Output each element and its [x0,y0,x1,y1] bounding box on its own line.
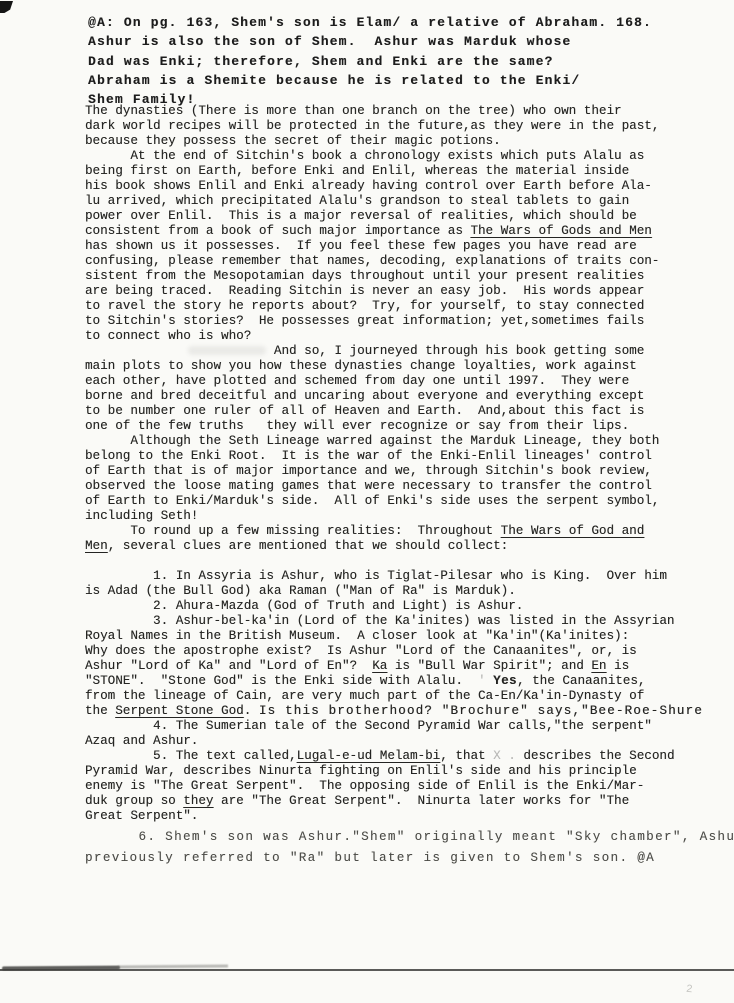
text-segment: belong to the Enki Root. It is the war o… [85,449,652,463]
text-segment: Although the Seth Lineage warred against… [85,434,659,448]
underlined-text: Serpent Stone God [115,704,243,718]
text-segment: 1. In Assyria is Ashur, who is Tiglat-Pi… [85,569,667,583]
text-line: from the lineage of Cain, are very much … [85,689,734,704]
text-line: his book shows Enlil and Enki already ha… [85,179,734,194]
text-line: the Serpent Stone God. Is this brotherho… [85,704,734,719]
underlined-text: En [591,659,606,673]
text-segment: are "The Great Serpent". Ninurta later w… [213,794,629,808]
text-segment: Azaq and Ashur. [85,734,198,748]
scan-corner-mark [0,1,13,13]
body-text: The dynasties (There is more than one br… [85,104,734,866]
text-line: being first on Earth, before Enki and En… [85,164,734,179]
text-line: 4. The Sumerian tale of the Second Pyram… [85,719,734,734]
text-segment: being first on Earth, before Enki and En… [85,164,629,178]
text-line [85,554,734,569]
bottom-scan-line-scratch [118,965,228,969]
underlined-text: Men [85,539,108,553]
text-segment: one of the few truths they will ever rec… [85,419,629,433]
text-line: to be number one ruler of all of Heaven … [85,404,734,419]
text-segment: main plots to show you how these dynasti… [85,359,637,373]
text-line: sistent from the Mesopotamian days throu… [85,269,734,284]
text-line: Royal Names in the British Museum. A clo… [85,629,734,644]
text-line: At the end of Sitchin's book a chronolog… [85,149,734,164]
text-line: has shown us it possesses. If you feel t… [85,239,734,254]
text-line: is Adad (the Bull God) aka Raman ("Man o… [85,584,734,599]
text-segment: At the end of Sitchin's book a chronolog… [85,149,644,163]
text-segment: enemy is "The Great Serpent". The opposi… [85,779,644,793]
text-segment: X . [493,749,516,763]
text-segment: is [607,659,630,673]
text-line: 3. Ashur-bel-ka'in (Lord of the Ka'inite… [85,614,734,629]
text-line: observed the loose mating games that wer… [85,479,734,494]
text-segment: to connect who is who? [85,329,251,343]
text-line: dark world recipes will be protected in … [85,119,734,134]
text-segment: lu arrived, which precipitated Alalu's g… [85,194,629,208]
text-line: 6. Shem's son was Ashur."Shem" originall… [85,830,734,845]
text-segment: is Adad (the Bull God) aka Raman ("Man o… [85,584,516,598]
text-segment: describes the Second [516,749,675,763]
text-segment: to Sitchin's stories? He possesses great… [85,314,644,328]
text-line: one of the few truths they will ever rec… [85,419,734,434]
text-segment: the [85,704,115,718]
underlined-text: Ka [372,659,387,673]
text-line: including Seth! [85,509,734,524]
text-line: Why does the apostrophe exist? Is Ashur … [85,644,734,659]
text-segment: are being traced. Reading Sitchin is nev… [85,284,644,298]
text-segment: Royal Names in the British Museum. A clo… [85,629,629,643]
text-line: confusing, please remember that names, d… [85,254,734,269]
header-line: Ashur is also the son of Shem. Ashur was… [88,32,652,51]
text-line: because they possess the secret of their… [85,134,734,149]
text-segment: Yes [493,674,517,688]
text-line: to ravel the story he reports about? Try… [85,299,734,314]
text-line: are being traced. Reading Sitchin is nev… [85,284,734,299]
text-segment: 4. The Sumerian tale of the Second Pyram… [85,719,652,733]
text-segment: , that [440,749,493,763]
text-segment: sistent from the Mesopotamian days throu… [85,269,644,283]
text-line: consistent from a book of such major imp… [85,224,734,239]
text-segment: 5. The text called, [85,749,297,763]
text-line: 2. Ahura-Mazda (God of Truth and Light) … [85,599,734,614]
text-segment: Great Serpent". [85,809,198,823]
underlined-text: they [183,794,213,808]
text-segment: , several clues are mentioned that we sh… [108,539,509,553]
text-line: to connect who is who? [85,329,734,344]
text-line: The dynasties (There is more than one br… [85,104,734,119]
text-segment: each other, have plotted and schemed fro… [85,374,629,388]
text-line: And so, I journeyed through his book get… [85,344,734,359]
text-line: main plots to show you how these dynasti… [85,359,734,374]
text-line: of Earth that is of major importance and… [85,464,734,479]
header-line: Abraham is a Shemite because he is relat… [88,71,652,90]
underlined-text: The Wars of God and [501,524,645,538]
text-line: each other, have plotted and schemed fro… [85,374,734,389]
text-segment: Why does the apostrophe exist? Is Ashur … [85,644,637,658]
text-segment [85,554,93,568]
text-segment: duk group so [85,794,183,808]
text-segment: from the lineage of Cain, are very much … [85,689,644,703]
text-line: Azaq and Ashur. [85,734,734,749]
eraser-smudge [188,346,266,355]
text-line: Although the Seth Lineage warred against… [85,434,734,449]
underlined-text: The Wars of Gods and Men [470,224,651,238]
text-line: Men, several clues are mentioned that we… [85,539,734,554]
text-segment: borne and bred deceitful and uncaring ab… [85,389,644,403]
text-segment: to be number one ruler of all of Heaven … [85,404,644,418]
text-segment: 2. Ahura-Mazda (God of Truth and Light) … [85,599,523,613]
text-line: Pyramid War, describes Ninurta fighting … [85,764,734,779]
bottom-scan-line-thick-end [2,966,120,971]
text-line: enemy is "The Great Serpent". The opposi… [85,779,734,794]
text-line: to Sitchin's stories? He possesses great… [85,314,734,329]
text-segment: ' [478,674,493,688]
text-line: Great Serpent". [85,809,734,824]
header-annotation: @A: On pg. 163, Shem's son is Elam/ a re… [88,13,652,109]
text-line: power over Enlil. This is a major revers… [85,209,734,224]
text-segment: of Earth to Enki/Marduk's side. All of E… [85,494,659,508]
text-segment: to ravel the story he reports about? Try… [85,299,644,313]
underlined-text: Lugal-e-ud Melam-bi [297,749,441,763]
text-segment: is "Bull War Spirit"; and [387,659,591,673]
text-segment: 6. Shem's son was Ashur."Shem" originall… [85,830,734,844]
document-page: @A: On pg. 163, Shem's son is Elam/ a re… [0,0,734,1003]
text-line: belong to the Enki Root. It is the war o… [85,449,734,464]
text-segment: because they possess the secret of their… [85,134,501,148]
text-line: "STONE". "Stone God" is the Enki side wi… [85,674,734,689]
text-segment: , the Canaanites, [517,674,645,688]
text-segment: 3. Ashur-bel-ka'in (Lord of the Ka'inite… [85,614,674,628]
text-segment: previously referred to "Ra" but later is… [85,851,655,865]
text-line: duk group so they are "The Great Serpent… [85,794,734,809]
text-segment: of Earth that is of major importance and… [85,464,652,478]
header-line: Dad was Enki; therefore, Shem and Enki a… [88,52,652,71]
text-segment: observed the loose mating games that wer… [85,479,652,493]
text-segment: has shown us it possesses. If you feel t… [85,239,637,253]
text-segment: "STONE". "Stone God" is the Enki side wi… [85,674,478,688]
text-line: of Earth to Enki/Marduk's side. All of E… [85,494,734,509]
faint-page-mark: 2 [685,984,693,997]
text-segment: confusing, please remember that names, d… [85,254,659,268]
text-segment: . [244,704,259,718]
text-segment: power over Enlil. This is a major revers… [85,209,637,223]
text-segment: The dynasties (There is more than one br… [85,104,622,118]
text-segment: Pyramid War, describes Ninurta fighting … [85,764,637,778]
text-segment: consistent from a book of such major imp… [85,224,470,238]
text-line: To round up a few missing realities: Thr… [85,524,734,539]
text-line: previously referred to "Ra" but later is… [85,851,734,866]
text-segment: And so, I journeyed through his book get… [85,344,644,358]
text-segment: his book shows Enlil and Enki already ha… [85,179,652,193]
text-segment: To round up a few missing realities: Thr… [85,524,501,538]
text-segment: Is this brotherhood? "Brochure" says,"Be… [259,704,703,718]
text-line: 5. The text called,Lugal-e-ud Melam-bi, … [85,749,734,764]
text-segment: including Seth! [85,509,198,523]
text-line: Ashur "Lord of Ka" and "Lord of En"? Ka … [85,659,734,674]
text-line: borne and bred deceitful and uncaring ab… [85,389,734,404]
text-segment: dark world recipes will be protected in … [85,119,659,133]
text-segment: Ashur "Lord of Ka" and "Lord of En"? [85,659,372,673]
text-line: lu arrived, which precipitated Alalu's g… [85,194,734,209]
text-line: 1. In Assyria is Ashur, who is Tiglat-Pi… [85,569,734,584]
header-line: @A: On pg. 163, Shem's son is Elam/ a re… [88,13,652,32]
